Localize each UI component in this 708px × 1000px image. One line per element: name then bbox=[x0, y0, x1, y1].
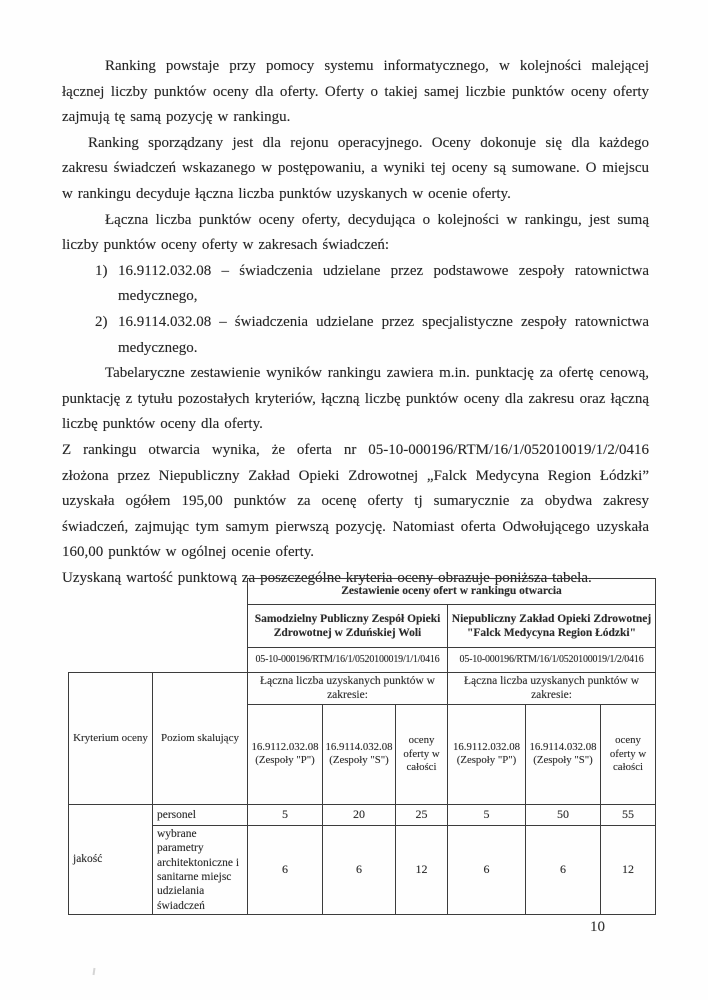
value-cell: 50 bbox=[526, 804, 601, 825]
header-criterion: Kryterium oceny bbox=[69, 673, 153, 805]
body-text: Ranking powstaje przy pomocy systemu inf… bbox=[62, 54, 649, 591]
document-page: Ranking powstaje przy pomocy systemu inf… bbox=[0, 0, 708, 1000]
scope-label: (Zespoły "S") bbox=[528, 754, 598, 767]
list-item-basic-teams: 1) 16.9112.032.08 – świadczenia udzielan… bbox=[62, 259, 649, 310]
header-scope-9114-spzoz: 16.9114.032.08 (Zespoły "S") bbox=[323, 704, 396, 804]
value-cell: 6 bbox=[323, 825, 396, 914]
provider-name-spzoz: Samodzielny Publiczny Zespół Opieki Zdro… bbox=[248, 605, 448, 648]
paragraph-ranking-region: Ranking sporządzany jest dla rejonu oper… bbox=[62, 131, 649, 208]
header-points-in-scope-spzoz: Łączna liczba uzyskanych punktów w zakre… bbox=[248, 673, 448, 705]
scope-label: (Zespoły "P") bbox=[250, 754, 320, 767]
header-scaling-level: Poziom skalujący bbox=[153, 673, 248, 805]
value-cell: 20 bbox=[323, 804, 396, 825]
header-scope-9114-nzoz: 16.9114.032.08 (Zespoły "S") bbox=[526, 704, 601, 804]
paragraph-table-summary: Tabelaryczne zestawienie wyników ranking… bbox=[62, 361, 649, 438]
header-points-in-scope-nzoz: Łączna liczba uzyskanych punktów w zakre… bbox=[448, 673, 656, 705]
value-cell: 5 bbox=[448, 804, 526, 825]
value-cell: 25 bbox=[396, 804, 448, 825]
list-marker: 2) bbox=[95, 310, 108, 336]
list-item-text: 16.9114.032.08 – świadczenia udzielane p… bbox=[118, 314, 649, 356]
offer-id-spzoz: 05-10-000196/RTM/16/1/0520100019/1/1/041… bbox=[248, 648, 448, 673]
provider-name-nzoz: Niepubliczny Zakład Opieki Zdrowotnej "F… bbox=[448, 605, 656, 648]
page-number: 10 bbox=[590, 919, 624, 936]
level-personnel: personel bbox=[153, 804, 248, 825]
table-title: Zestawienie oceny ofert w rankingu otwar… bbox=[248, 579, 656, 605]
header-scope-9112-nzoz: 16.9112.032.08 (Zespoły "P") bbox=[448, 704, 526, 804]
value-cell: 5 bbox=[248, 804, 323, 825]
list-item-text: 16.9112.032.08 – świadczenia udzielane p… bbox=[118, 263, 649, 305]
header-offer-total-spzoz: oceny oferty w całości bbox=[396, 704, 448, 804]
criterion-quality: jakość bbox=[69, 804, 153, 914]
scope-code: 16.9114.032.08 bbox=[325, 741, 393, 754]
scope-code: 16.9114.032.08 bbox=[528, 741, 598, 754]
value-cell: 12 bbox=[601, 825, 656, 914]
list-item-specialist-teams: 2) 16.9114.032.08 – świadczenia udzielan… bbox=[62, 310, 649, 361]
offer-id-nzoz: 05-10-000196/RTM/16/1/0520100019/1/2/041… bbox=[448, 648, 656, 673]
scope-label: (Zespoły "P") bbox=[450, 754, 523, 767]
scope-code: 16.9112.032.08 bbox=[250, 741, 320, 754]
scan-artifact-mark bbox=[93, 968, 96, 975]
value-cell: 55 bbox=[601, 804, 656, 825]
value-cell: 6 bbox=[248, 825, 323, 914]
value-cell: 12 bbox=[396, 825, 448, 914]
paragraph-ranking-system: Ranking powstaje przy pomocy systemu inf… bbox=[62, 54, 649, 131]
ranking-table: Zestawienie oceny ofert w rankingu otwar… bbox=[68, 578, 656, 915]
paragraph-points-sum: Łączna liczba punktów oceny oferty, decy… bbox=[62, 208, 649, 259]
paragraph-ranking-result: Z rankingu otwarcia wynika, że oferta nr… bbox=[62, 438, 649, 566]
header-offer-total-nzoz: oceny oferty w całości bbox=[601, 704, 656, 804]
value-cell: 6 bbox=[526, 825, 601, 914]
level-architectural-parameters: wybrane parametry architektoniczne i san… bbox=[153, 825, 248, 914]
value-cell: 6 bbox=[448, 825, 526, 914]
table-empty-corner bbox=[69, 579, 248, 673]
scope-label: (Zespoły "S") bbox=[325, 754, 393, 767]
header-scope-9112-spzoz: 16.9112.032.08 (Zespoły "P") bbox=[248, 704, 323, 804]
scope-code: 16.9112.032.08 bbox=[450, 741, 523, 754]
list-marker: 1) bbox=[95, 259, 108, 285]
